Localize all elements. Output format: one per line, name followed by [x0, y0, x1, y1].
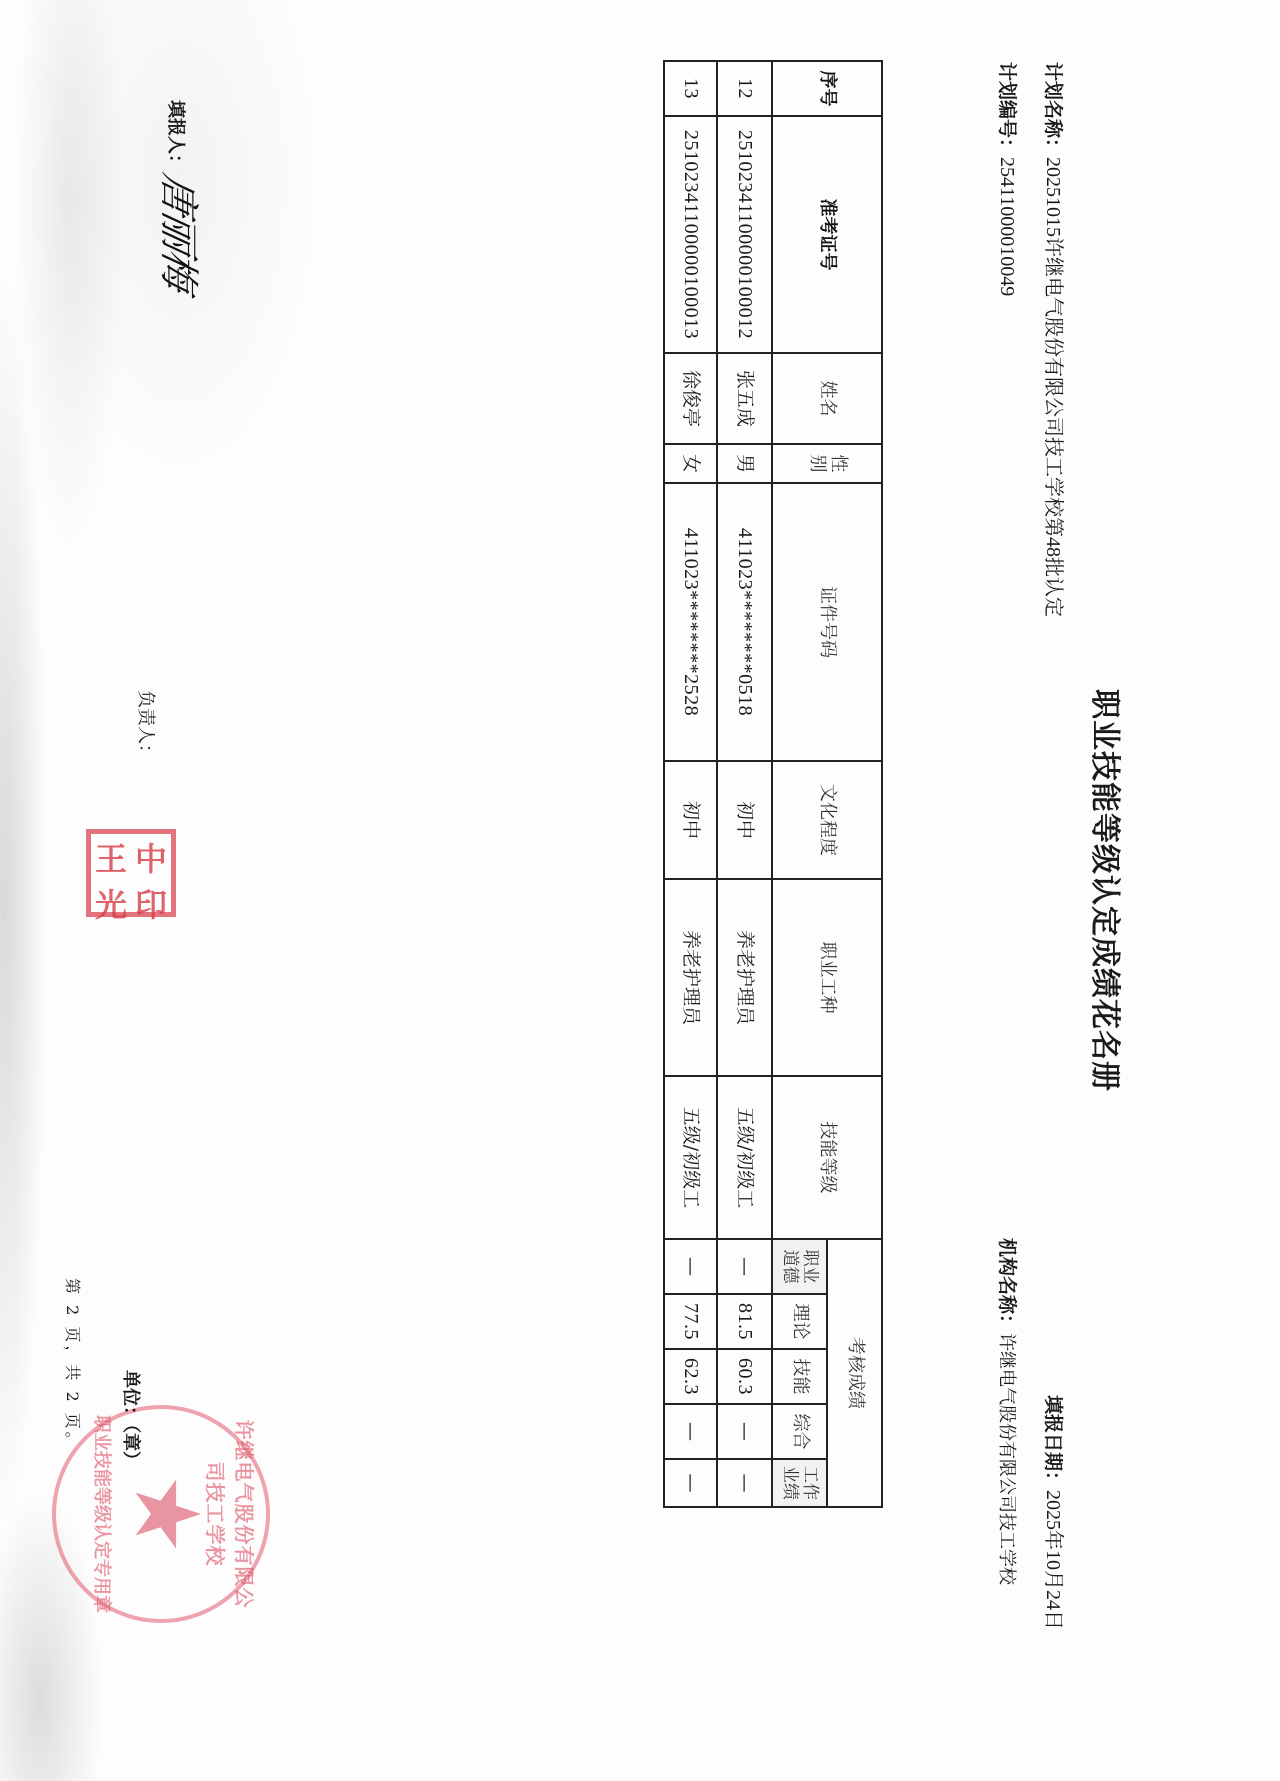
header-occupation: 职业工种: [773, 878, 883, 1075]
row-1-ethics: —: [718, 1238, 773, 1293]
row-1-skill-level: 五级/初级工: [718, 1075, 773, 1238]
organization-name-label: 机构名称：: [996, 1238, 1018, 1333]
plan-number-value: 25411000010049: [996, 157, 1018, 296]
row-1-comprehensive: —: [718, 1403, 773, 1458]
header-skill-level: 技能等级: [773, 1075, 883, 1238]
unit-label: 单位：: [120, 1370, 141, 1424]
header-gender: 性别: [773, 443, 883, 482]
row-1-exam-no: 25102341100000100012: [718, 115, 773, 352]
responsible-label: 负责人：: [134, 690, 160, 762]
page-indicator: 第 2 页，共 2 页。: [62, 1278, 85, 1451]
score-table: 序号 准考证号 姓名 性别 证件号码 文化程度 职业工种 技能等级 考核成绩 职…: [663, 60, 883, 1508]
row-1-theory: 81.5: [718, 1293, 773, 1348]
row-1-seq: 12: [718, 60, 773, 115]
fill-date-value: 2025年10月24日: [1042, 1490, 1064, 1630]
row-1-skill: 60.3: [718, 1348, 773, 1403]
unit: 单位：（章）: [119, 1370, 145, 1469]
plan-number: 计划编号：25411000010049: [995, 62, 1022, 296]
header-scores-group: 考核成绩: [828, 1238, 883, 1508]
square-red-seal: 王 中 光 印: [86, 829, 176, 917]
seal-char: 印: [131, 880, 171, 926]
header-comprehensive: 综合: [773, 1403, 828, 1458]
filler-signature: 唐丽梅: [153, 169, 210, 295]
header-theory: 理论: [773, 1293, 828, 1348]
row-2-skill-level: 五级/初级工: [663, 1075, 718, 1238]
header-exam-no: 准考证号: [773, 115, 883, 352]
row-2-id-no: 411023********2528: [663, 482, 718, 760]
row-2-work-performance: —: [663, 1458, 718, 1508]
row-2-name: 徐俊亭: [663, 352, 718, 443]
header-education: 文化程度: [773, 760, 883, 878]
row-2-comprehensive: —: [663, 1403, 718, 1458]
row-2-gender: 女: [663, 443, 718, 482]
row-2-exam-no: 25102341100000100013: [663, 115, 718, 352]
plan-name: 计划名称：20251015许继电气股份有限公司技工学校第48批认定: [1041, 62, 1070, 617]
fill-date: 填报日期：2025年10月24日: [1041, 1395, 1070, 1630]
header-seq: 序号: [773, 60, 883, 115]
header-id-no: 证件号码: [773, 482, 883, 760]
row-2-ethics: —: [663, 1238, 718, 1293]
row-1-work-performance: —: [718, 1458, 773, 1508]
row-2-seq: 13: [663, 60, 718, 115]
scanned-document-page: 职业技能等级认定成绩花名册 计划名称：20251015许继电气股份有限公司技工学…: [0, 0, 1280, 1781]
organization-name: 机构名称：许继电气股份有限公司技工学校: [995, 1238, 1022, 1585]
header-ethics: 职业道德: [773, 1238, 828, 1293]
row-2-education: 初中: [663, 760, 718, 878]
unit-seal-hint: （章）: [120, 1424, 141, 1469]
header-name: 姓名: [773, 352, 883, 443]
fill-date-label: 填报日期：: [1042, 1395, 1064, 1490]
row-1-education: 初中: [718, 760, 773, 878]
seal-char: 王: [91, 834, 131, 880]
row-1-id-no: 411023********0518: [718, 482, 773, 760]
plan-name-label: 计划名称：: [1042, 62, 1064, 157]
seal-char: 光: [91, 880, 131, 926]
row-2-skill: 62.3: [663, 1348, 718, 1403]
row-2-theory: 77.5: [663, 1293, 718, 1348]
seal-inner-text: 职业技能等级认定专用章: [90, 1409, 116, 1619]
row-1-name: 张五成: [718, 352, 773, 443]
document-title: 职业技能等级认定成绩花名册: [1086, 0, 1130, 1781]
organization-name-value: 许继电气股份有限公司技工学校: [996, 1333, 1017, 1585]
header-skill: 技能: [773, 1348, 828, 1403]
row-1-occupation: 养老护理员: [718, 878, 773, 1075]
plan-name-value: 20251015许继电气股份有限公司技工学校第48批认定: [1042, 157, 1064, 617]
plan-number-label: 计划编号：: [996, 62, 1018, 157]
row-1-gender: 男: [718, 443, 773, 482]
header-work-performance: 工作业绩: [773, 1458, 828, 1508]
filler-label: 填报人：: [164, 100, 190, 172]
row-2-occupation: 养老护理员: [663, 878, 718, 1075]
seal-char: 中: [131, 834, 171, 880]
